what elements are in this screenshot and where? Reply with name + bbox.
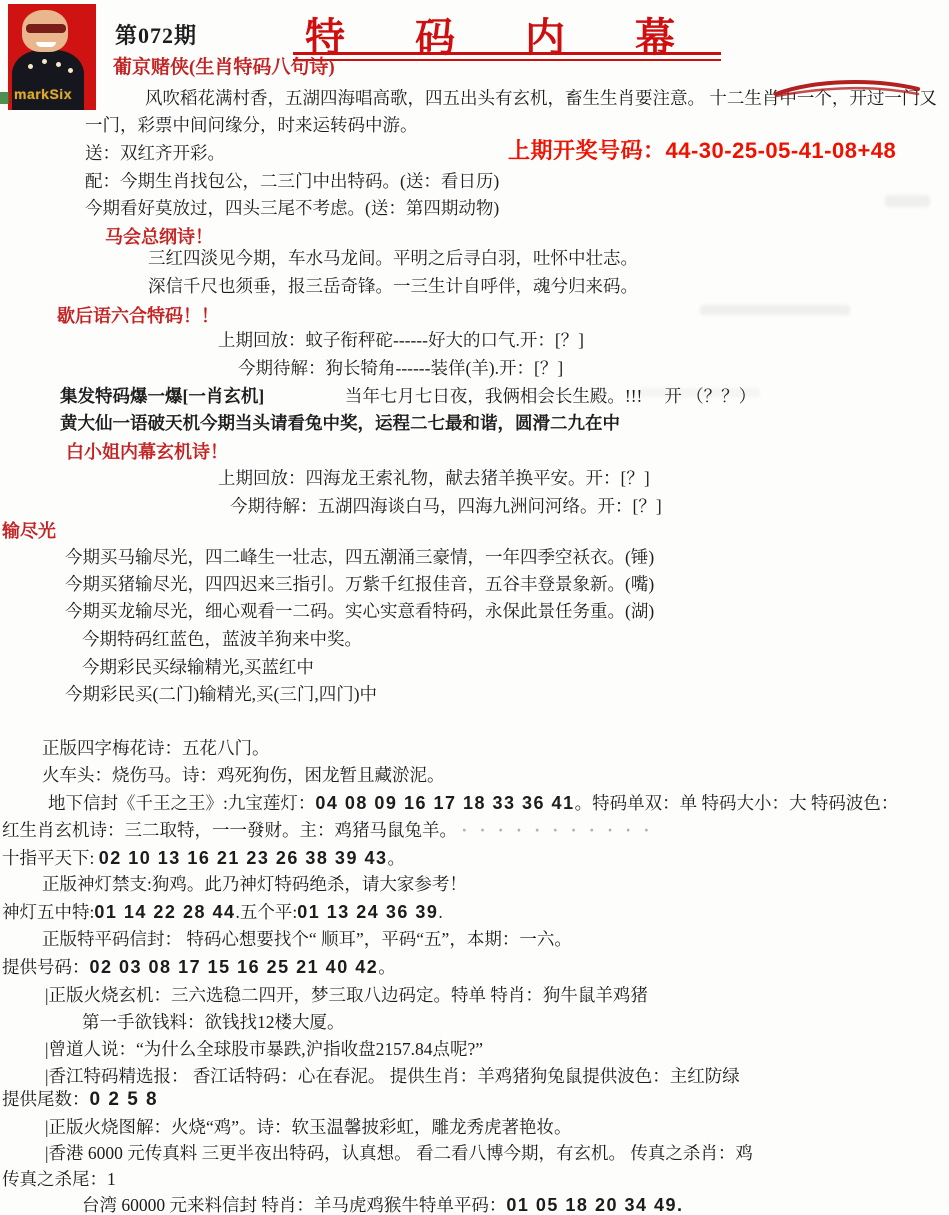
sunglasses-icon [26, 24, 66, 33]
shizhi-numbers: 02 10 13 16 21 23 26 38 39 43 [99, 848, 388, 868]
title-underline [293, 52, 721, 61]
tigong-post: 。 [378, 957, 396, 977]
issue-number: 第072期 [115, 22, 197, 50]
dixia-pre: 地下信封《千王之王》:九宝莲灯： [48, 793, 315, 813]
mahui-line-2: 深信千尺也须垂，报三岳奇锋。一三生计自呼伴，魂兮归来码。 [148, 276, 638, 298]
shizhi-pre: 十指平天下: [2, 848, 99, 868]
tigong-numbers: 02 03 08 17 15 16 25 21 40 42 [90, 957, 379, 977]
meihua-line: 正版四字梅花诗：五花八门。 [42, 738, 270, 760]
xiangjiang-line: |香江特码精选报： 香江话特码：心在春泥。 提供生肖：羊鸡猪狗兔鼠提供波色：主红… [45, 1066, 740, 1088]
shujinguang-line-1: 今期买马输尽光，四二峰生一壮志，四五潮涌三豪情，一年四季空袄衣。(锤) [65, 547, 654, 569]
shendeng-five-numbers-1: 01 14 22 28 44 [94, 902, 235, 922]
logo-dot [28, 64, 33, 69]
shujinguang-line-2: 今期买猪输尽光，四四迟来三指引。万紫千红报佳音，五谷丰登景象新。(嘴) [65, 574, 654, 596]
scan-smudge [640, 388, 760, 397]
poem-line-2: 一门，彩票中间问缘分，时来运转码中游。 [85, 115, 418, 137]
green-artifact [0, 92, 9, 104]
taiwan-pre: 台湾 60000 元来料信封 特肖：羊马虎鸡猴牛特单平码： [82, 1195, 506, 1215]
scan-smudge [700, 305, 850, 315]
weishu-line: 提供尾数：0 2 5 8 [2, 1088, 158, 1112]
baixiaojie-current: 今期待解：五湖四海谈白马，四海九洲问河络。开：[？] [230, 496, 662, 518]
shendeng-five-mid: .五个平: [236, 902, 298, 922]
red-swoosh-mark [772, 78, 922, 102]
baixiaojie-prev: 上期回放：四海龙王索礼物，献去猪羊换平安。开：[？] [218, 468, 650, 490]
hk6000-line: |香港 6000 元传真料 三更半夜出特码，认真想。 看二看八博今期，有玄机。 … [45, 1143, 753, 1165]
shujinguang-line-6: 今期彩民买(二门)输精光,买(三门,四门)中 [65, 684, 377, 706]
dixia-line: 地下信封《千王之王》:九宝莲灯：04 08 09 16 17 18 33 36 … [48, 792, 898, 815]
faded-dots-artifact: · · · · · · · · · · · [461, 820, 653, 840]
pei-line: 配：今期生肖找包公，二三门中出特码。(送：看日历) [85, 171, 499, 193]
xiehouyu-current: 今期待解：狗长犄角------装佯(羊).开：[？] [238, 358, 563, 380]
swoosh-svg [772, 78, 922, 102]
xiehouyu-heading: 歇后语六合特码！！ [57, 305, 219, 328]
shendeng-ban-line: 正版神灯禁支:狗鸡。此乃神灯特码绝杀，请大家参考！ [42, 874, 467, 896]
hongshengxiao-line: 红生肖玄机诗：三二取特，一一發财。主：鸡猪马鼠兔羊。 · · · · · · ·… [2, 820, 653, 842]
dixia-post: 。特码单双：单 特码大小：大 特码波色： [575, 793, 899, 813]
yuqian-line: 第一手欲钱料：欲钱找12楼大厦。 [82, 1012, 345, 1034]
logo-brand-text: markSix [14, 86, 94, 102]
tigong-line: 提供号码：02 03 08 17 15 16 25 21 40 42。 [2, 956, 396, 979]
shujinguang-heading: 输尽光 [2, 520, 56, 543]
marksix-logo: markSix [8, 4, 96, 110]
huangdaxian-line: 黄大仙一语破天机今期当头请看兔中奖，运程二七最和谐，圆滑二九在中 [60, 413, 620, 435]
dixia-numbers: 04 08 09 16 17 18 33 36 41 [315, 793, 574, 813]
shizhi-line: 十指平天下: 02 10 13 16 21 23 26 38 39 43。 [2, 847, 405, 870]
taiwan-line: 台湾 60000 元来料信封 特肖：羊马虎鸡猴牛特单平码：01 05 18 20… [82, 1194, 684, 1215]
last-draw-numbers: 上期开奖号码：44-30-25-05-41-08+48 [508, 137, 896, 165]
shujinguang-line-4: 今期特码红蓝色，蓝波羊狗来中奖。 [82, 629, 362, 651]
subtitle-pujing: 葡京赌侠(生肖特码八句诗) [113, 56, 335, 80]
logo-dot [68, 68, 73, 73]
tip-sheet-page: markSix 第072期 特 码 内 幕 葡京赌侠(生肖特码八句诗) 风吹稻花… [0, 0, 949, 1215]
song-line: 送：双红齐开彩。 [85, 143, 225, 165]
tepingma-line: 正版特平码信封： 特码心想要找个“ 顺耳”，平码“五”，本期：一六。 [42, 929, 572, 951]
zengdaoren-line: |曾道人说：“为什么全球股市暴跌,沪指收盘2157.84点呢?” [45, 1039, 483, 1061]
shawei-line: 传真之杀尾：1 [2, 1169, 116, 1191]
weishu-pre: 提供尾数： [2, 1089, 90, 1109]
taiwan-numbers: 01 05 18 20 34 49. [506, 1195, 683, 1215]
hongshengxiao-text: 红生肖玄机诗：三二取特，一一發财。主：鸡猪马鼠兔羊。 [2, 820, 457, 840]
shendeng-five-post: . [438, 902, 442, 922]
huoshao-tujie-line: |正版火烧图解：火烧“鸡”。诗：软玉温馨披彩虹，雕龙秀虎著艳妆。 [45, 1117, 572, 1139]
shujinguang-line-3: 今期买龙输尽光，细心观看一二码。实心实意看特码，永保此景任务重。(湖) [65, 601, 654, 623]
mahui-line-1: 三红四淡见今期，车水马龙间。平明之后寻白羽，吐怀中壮志。 [148, 248, 638, 270]
huoshao-xuanji-line: |正版火烧玄机：三六选稳二四开，梦三取八边码定。特单 特肖：狗牛鼠羊鸡猪 [45, 985, 648, 1007]
weishu-numbers: 0 2 5 8 [90, 1089, 159, 1110]
shendeng-five-numbers-2: 01 13 24 36 39 [297, 902, 438, 922]
tigong-pre: 提供号码： [2, 957, 90, 977]
logo-smile [36, 42, 56, 47]
logo-dot [56, 62, 61, 67]
jifa-lead: 集发特码爆一爆[一肖玄机] [60, 386, 264, 406]
scan-smudge [885, 195, 930, 207]
shendeng-five-line: 神灯五中特:01 14 22 28 44.五个平:01 13 24 36 39. [2, 901, 443, 924]
logo-dot [42, 59, 47, 64]
mahui-heading: 马会总纲诗！ [105, 226, 213, 249]
shizhi-post: 。 [387, 848, 405, 868]
kan-line: 今期看好莫放过，四头三尾不考虑。(送：第四期动物) [85, 198, 499, 220]
huochetou-line: 火车头：烧伤马。诗：鸡死狗伤，困龙暂且藏淤泥。 [42, 765, 445, 787]
xiehouyu-prev: 上期回放：蚊子衔秤砣------好大的口气.开：[？] [218, 330, 584, 352]
shujinguang-line-5: 今期彩民买绿输精光,买蓝红中 [82, 657, 314, 679]
shendeng-five-pre: 神灯五中特: [2, 902, 94, 922]
baixiaojie-heading: 白小姐内幕玄机诗！ [66, 441, 228, 464]
